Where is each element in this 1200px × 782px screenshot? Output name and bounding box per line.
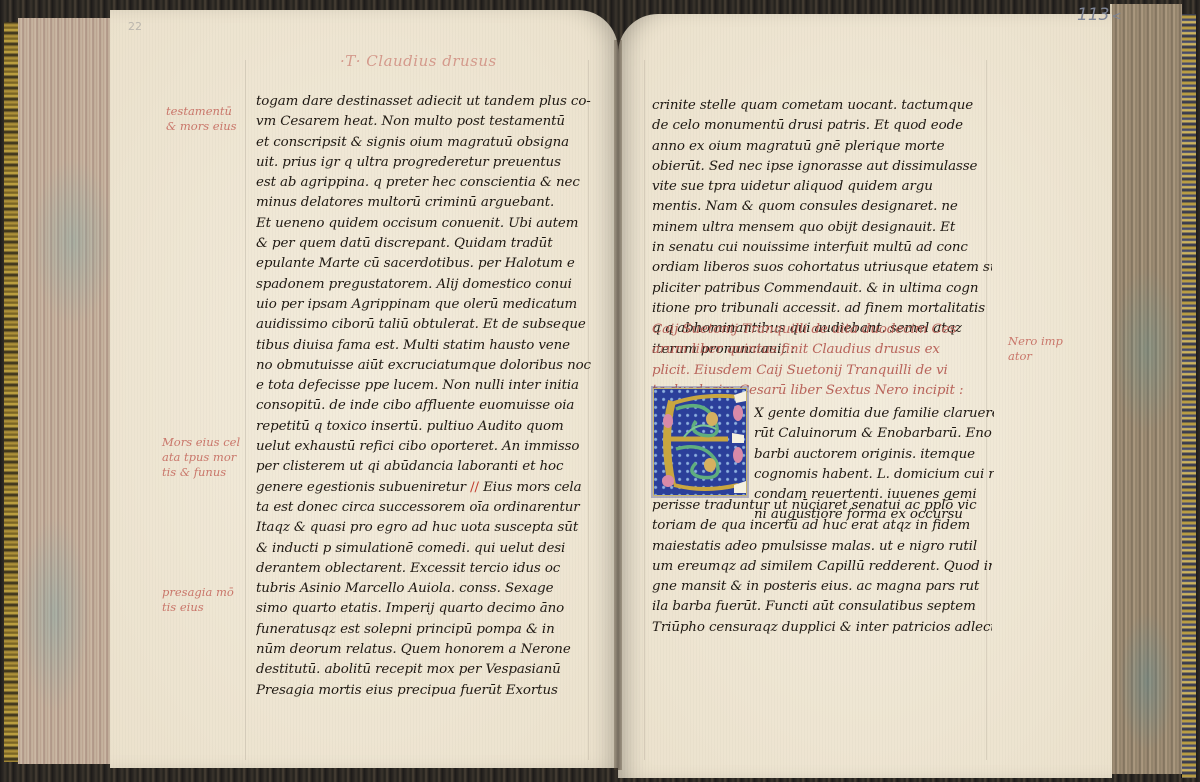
text-line: Presagia mortis eius precipua fuerūt Exo… <box>256 681 591 701</box>
text-segment: genere egestionis subueniretur <box>256 480 466 495</box>
text-line: gne mansit & in posteris eius. ac magna … <box>652 577 992 597</box>
right-page-text-bottom: perisse traduntur ut nūciaret senatui ac… <box>652 496 992 638</box>
folio-suffix: < <box>1111 9 1121 23</box>
text-line: itione pro tribunali accessit. ad finem … <box>652 299 992 319</box>
margin-note-presagia: presagia mō tis eius <box>162 585 234 615</box>
margin-note-line: tis eius <box>162 600 234 615</box>
text-line: mentis. Nam & quom consules designaret. … <box>652 197 992 217</box>
text-line: est ab agrippina. q preter hec conscient… <box>256 173 591 193</box>
text-line-with-rubric: genere egestionis subueniretur // Eius m… <box>256 478 591 498</box>
margin-note-line: Nero imp <box>1008 334 1063 349</box>
running-title: ·T· Claudius drusus <box>340 52 497 70</box>
text-line: uit. prius igr q ultra progrederetur pre… <box>256 153 591 173</box>
text-line: obierūt. Sed nec ipse ignorasse aut diss… <box>652 157 992 177</box>
margin-note-line: & mors eius <box>166 119 237 134</box>
text-line: rūt Caluinorum & Enobarbarū. Eno <box>754 424 994 444</box>
text-line: ila barba fuerūt. Functi aūt consulatibu… <box>652 597 992 617</box>
corner-mark: 22 <box>128 20 142 33</box>
text-line: vite sue tpra uidetur aliquod quidem arg… <box>652 177 992 197</box>
ruling-line <box>644 60 645 760</box>
text-line: de celo monumentū drusi patris. Et quod … <box>652 116 992 136</box>
rubric-line: plicit. Eiusdem Caij Suetonij Tranquilli… <box>652 361 992 381</box>
text-line: crinite stelle quam cometam uocant. tact… <box>652 96 992 116</box>
page-edges-left <box>18 18 112 764</box>
text-line: Triūpho censuraqz dupplici & inter patri… <box>652 618 992 638</box>
text-line: um ereumqz ad similem Capillū redderent.… <box>652 557 992 577</box>
text-line: minus delatores multorū criminū argueban… <box>256 193 591 213</box>
margin-note-line: presagia mō <box>162 585 234 600</box>
margin-note-death: Mors eius cel ata tpus mor tis & funus <box>162 435 240 480</box>
text-line: anno ex oium magratuū gnē plerique morte <box>652 137 992 157</box>
text-line: pliciter patribus Commendauit. & in ulti… <box>652 279 992 299</box>
text-line: derantem oblectarent. Excessit tercio id… <box>256 559 591 579</box>
text-line: et conscripsit & signis oium magratuū ob… <box>256 133 591 153</box>
margin-note-line: ata tpus mor <box>162 450 240 465</box>
text-line: tibus diuisa fama est. Multi statim haus… <box>256 336 591 356</box>
margin-note-testament: testamentū & mors eius <box>166 104 237 134</box>
rubric-line: Caij Suetonij Tranquilli de uita duodeci… <box>652 320 992 340</box>
text-line: epulante Marte cū sacerdotibus. per Halo… <box>256 254 591 274</box>
illuminated-initial-e <box>653 388 747 496</box>
margin-note-line: testamentū <box>166 104 237 119</box>
text-line: Itaqz & quasi pro egro ad huc uota susce… <box>256 518 591 538</box>
book-binding-left <box>4 22 19 762</box>
text-line: no obmutuisse aiūt excruciatumque dolori… <box>256 356 591 376</box>
left-page-text: togam dare destinasset adiecit ut tandem… <box>256 92 591 701</box>
text-line: cognomis habent. L. domicium cui rure <box>754 465 994 485</box>
text-line: auidissimo ciborū taliū obtulerat. Et de… <box>256 315 591 335</box>
text-line: perisse traduntur ut nūciaret senatui ac… <box>652 496 992 516</box>
text-line: simo quarto etatis. Imperij quarto decim… <box>256 599 591 619</box>
text-line: spadonem pregustatorem. Alij domestico c… <box>256 275 591 295</box>
page-edges-right <box>1110 4 1182 774</box>
ruling-line <box>245 60 246 760</box>
text-line: minem ultra mensem quo obijt designauit.… <box>652 218 992 238</box>
folio-number-value: 113 <box>1077 5 1109 25</box>
book-binding-right <box>1181 14 1196 778</box>
text-line: X gente domitia due familie claruere <box>754 404 994 424</box>
text-line: repetitū q toxico insertū. pultiuo Audit… <box>256 417 591 437</box>
text-line: toriam de qua incertū ad huc erat atqz i… <box>652 516 992 536</box>
text-line: & per quem datū discrepant. Quidam tradū… <box>256 234 591 254</box>
text-line: Et ueneno quidem occisum conuenit. Ubi a… <box>256 214 591 234</box>
gutter-fold <box>614 40 622 770</box>
paragraph-mark: // <box>470 480 479 495</box>
text-line: tubris Asinio Marcello Auiola. conss. Se… <box>256 579 591 599</box>
text-line: uelut exhaustū refici cibo oporteret. An… <box>256 437 591 457</box>
text-line: uio per ipsam Agrippinam que olerū medic… <box>256 295 591 315</box>
text-line: funeratusqz est solepni principū pompa &… <box>256 620 591 640</box>
text-line: destitutū. abolitū recepit mox per Vespa… <box>256 660 591 680</box>
text-line: consopitū. de inde cibo affluente euomui… <box>256 396 591 416</box>
margin-note-line: Mors eius cel <box>162 435 240 450</box>
text-line: ta est donec circa successorem oīa ordin… <box>256 498 591 518</box>
rubric-line: arum liber quintus finit Claudius drusus… <box>652 340 992 360</box>
text-line: in senatu cui nouissime interfuit multū … <box>652 238 992 258</box>
folio-number: 113< <box>1077 5 1122 25</box>
text-line: nūm deorum relatus. Quem honorem a Neron… <box>256 640 591 660</box>
text-line: vm Cesarem heat. Non multo post testamen… <box>256 112 591 132</box>
margin-note-line: tis & funus <box>162 465 240 480</box>
margin-note-nero: Nero imp ator <box>1008 334 1063 364</box>
text-line: togam dare destinasset adiecit ut tandem… <box>256 92 591 112</box>
text-line: barbi auctorem originis. itemque <box>754 445 994 465</box>
text-line: e tota defecisse ppe lucem. Non nulli in… <box>256 376 591 396</box>
text-line: & inducti p simulationē comedi. qui uelu… <box>256 539 591 559</box>
text-segment: Eius mors cela <box>479 480 582 495</box>
text-line: ordiam liberos suos cohortatus utriusque… <box>652 258 992 278</box>
text-line: per clisterem ut qi abūdancia laboranti … <box>256 457 591 477</box>
margin-note-line: ator <box>1008 349 1063 364</box>
initial-vine-ornament-icon <box>654 389 746 495</box>
text-line: maiestatis adeo pmulsisse malas. ut e ni… <box>652 537 992 557</box>
